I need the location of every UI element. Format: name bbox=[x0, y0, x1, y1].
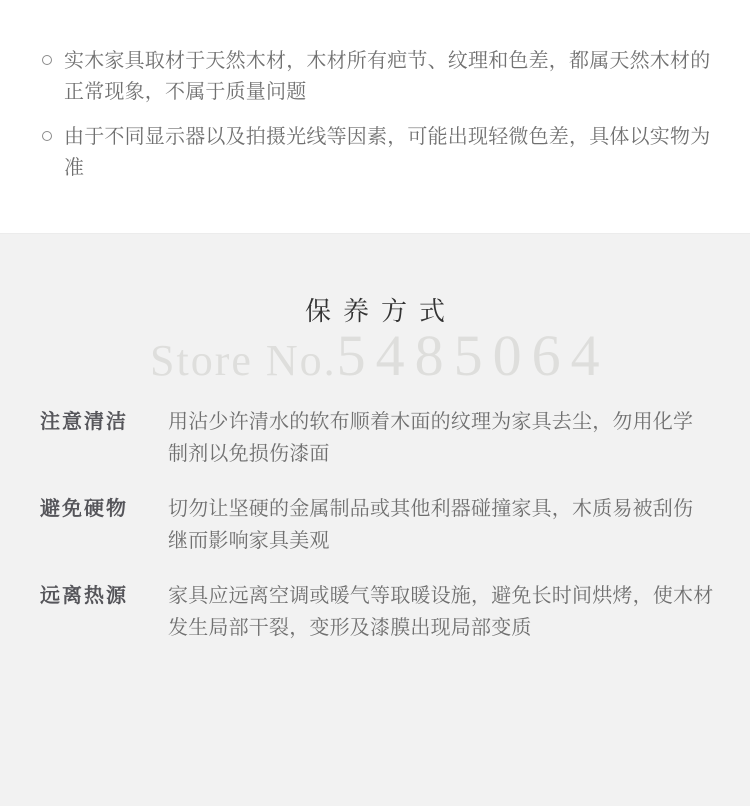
care-item-text: 切勿让坚硬的金属制品或其他利器碰撞家具，木质易被刮伤 继而影响家具美观 bbox=[168, 493, 693, 557]
care-text-line: 用沾少许清水的软布顺着木面的纹理为家具去尘，勿用化学 bbox=[168, 406, 693, 438]
store-watermark: Store No.5485064 bbox=[150, 322, 610, 389]
note-line: 由于不同显示器以及拍摄光线等因素，可能出现轻微色差，具体以实物为准 bbox=[64, 122, 712, 184]
care-item-label: 避免硬物 bbox=[40, 493, 168, 525]
note-line: 正常现象，不属于质量问题 bbox=[64, 77, 710, 108]
care-text-line: 制剂以免损伤漆面 bbox=[168, 438, 693, 470]
care-item-text: 家具应远离空调或暖气等取暖设施，避免长时间烘烤，使木材 发生局部干裂，变形及漆膜… bbox=[168, 580, 713, 644]
section-title: 保养方式 bbox=[0, 291, 750, 328]
product-description-page: { "notes": { "items": [ { "lines": [ "实木… bbox=[0, 0, 750, 806]
note-item: 实木家具取材于天然木材，木材所有疤节、纹理和色差，都属天然木材的 正常现象，不属… bbox=[42, 46, 712, 108]
watermark-prefix: Store No. bbox=[150, 335, 337, 386]
note-text: 实木家具取材于天然木材，木材所有疤节、纹理和色差，都属天然木材的 正常现象，不属… bbox=[64, 46, 710, 108]
note-item: 由于不同显示器以及拍摄光线等因素，可能出现轻微色差，具体以实物为准 bbox=[42, 122, 712, 184]
note-line: 实木家具取材于天然木材，木材所有疤节、纹理和色差，都属天然木材的 bbox=[64, 46, 710, 77]
care-list: 注意清洁 用沾少许清水的软布顺着木面的纹理为家具去尘，勿用化学 制剂以免损伤漆面… bbox=[0, 406, 750, 667]
care-text-line: 家具应远离空调或暖气等取暖设施，避免长时间烘烤，使木材 bbox=[168, 580, 713, 612]
care-text-line: 切勿让坚硬的金属制品或其他利器碰撞家具，木质易被刮伤 bbox=[168, 493, 693, 525]
care-item-hard-objects: 避免硬物 切勿让坚硬的金属制品或其他利器碰撞家具，木质易被刮伤 继而影响家具美观 bbox=[0, 493, 750, 557]
care-item-text: 用沾少许清水的软布顺着木面的纹理为家具去尘，勿用化学 制剂以免损伤漆面 bbox=[168, 406, 693, 470]
care-item-label: 远离热源 bbox=[40, 580, 168, 612]
care-text-line: 继而影响家具美观 bbox=[168, 525, 693, 557]
care-text-line: 发生局部干裂，变形及漆膜出现局部变质 bbox=[168, 612, 713, 644]
care-section: 保养方式 Store No.5485064 注意清洁 用沾少许清水的软布顺着木面… bbox=[0, 233, 750, 806]
note-text: 由于不同显示器以及拍摄光线等因素，可能出现轻微色差，具体以实物为准 bbox=[64, 122, 712, 184]
product-notes-section: 实木家具取材于天然木材，木材所有疤节、纹理和色差，都属天然木材的 正常现象，不属… bbox=[0, 0, 750, 233]
bullet-circle-icon bbox=[42, 55, 52, 65]
care-item-label: 注意清洁 bbox=[40, 406, 168, 438]
watermark-number: 5485064 bbox=[337, 322, 610, 389]
care-item-cleaning: 注意清洁 用沾少许清水的软布顺着木面的纹理为家具去尘，勿用化学 制剂以免损伤漆面 bbox=[0, 406, 750, 470]
care-item-heat-sources: 远离热源 家具应远离空调或暖气等取暖设施，避免长时间烘烤，使木材 发生局部干裂，… bbox=[0, 580, 750, 644]
bullet-circle-icon bbox=[42, 131, 52, 141]
